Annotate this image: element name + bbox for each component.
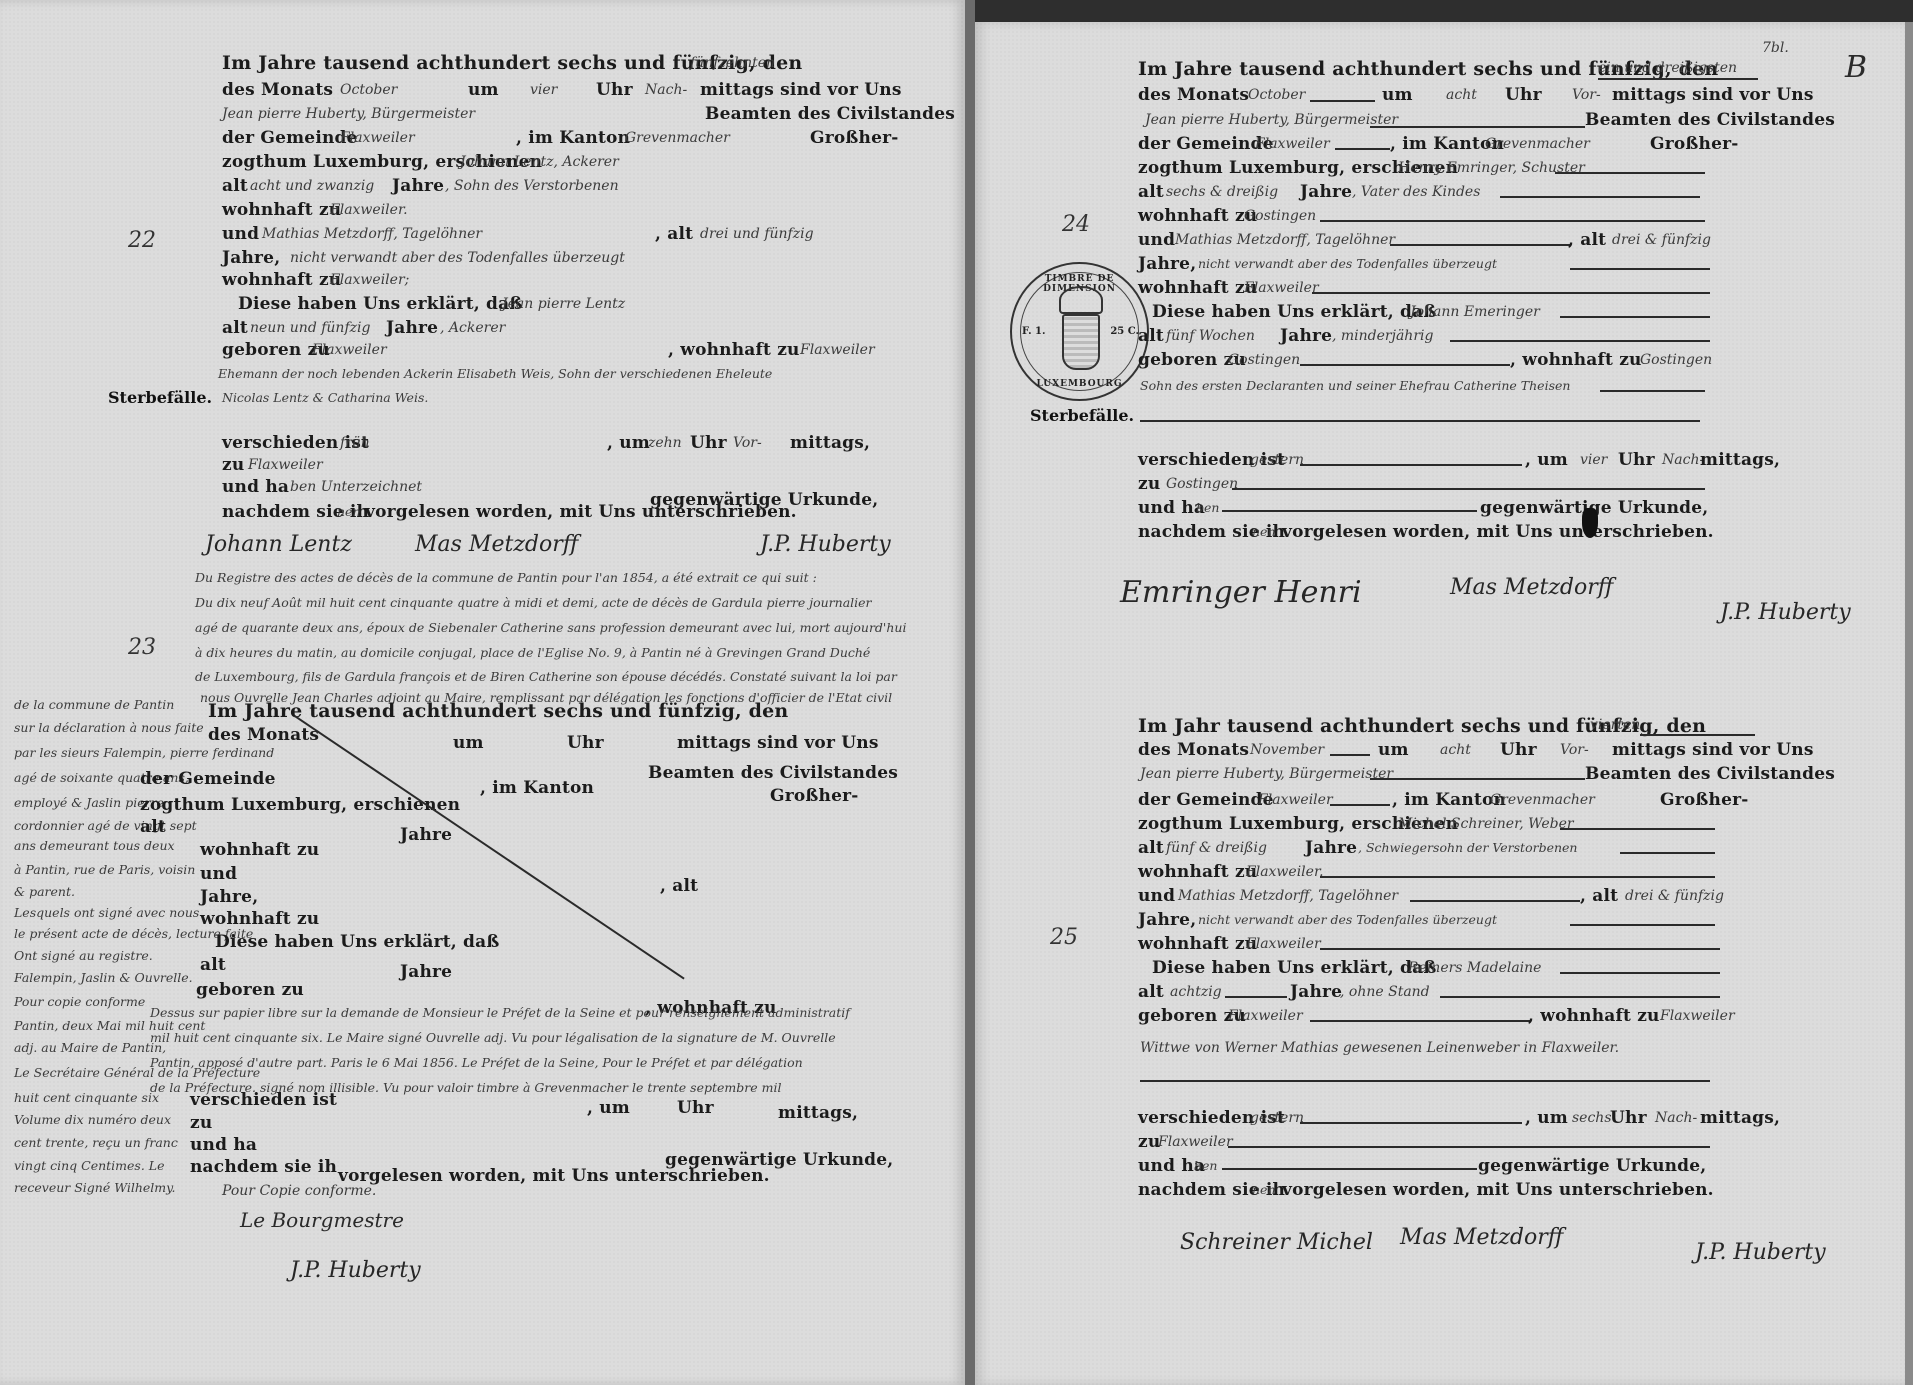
label-wohnhaft-comma: , wohnhaft zu	[1510, 350, 1642, 370]
entry-died-ampm: Vor-	[733, 435, 762, 451]
label-alt: alt	[222, 176, 248, 196]
fill-line	[1140, 420, 1700, 422]
label-zu: zu	[1138, 474, 1160, 494]
signature-2: Mas Metzdorff	[1400, 1225, 1563, 1250]
label-jahre-comma: Jahre,	[1138, 254, 1196, 274]
entry-signed-by: ben	[1194, 1158, 1217, 1173]
label-monat: des Monats	[208, 725, 319, 745]
entry-witness2-residence: Flaxweiler	[1244, 280, 1319, 296]
label-um: um	[1378, 740, 1409, 760]
entry-number: 22	[128, 228, 156, 253]
margin-note: cordonnier agé de vingt sept	[14, 818, 197, 833]
entry-remarks-1: Sohn des ersten Declaranten und seiner E…	[1140, 378, 1570, 393]
entry-number: 23	[128, 635, 156, 660]
label-zu: zu	[190, 1113, 212, 1133]
label-monat: des Monats	[222, 80, 333, 100]
label-alt-2: alt	[1138, 982, 1164, 1002]
entry-died-hour: sechs	[1572, 1110, 1612, 1126]
french-line-3: agé de quarante deux ans, époux de Siebe…	[195, 620, 906, 635]
entry-deceased-occupation: , Ackerer	[440, 320, 505, 336]
entry-witness1: Henry Emringer, Schuster	[1398, 160, 1585, 176]
entry-day: fünfzehnten	[690, 55, 775, 71]
fill-line	[1440, 996, 1720, 998]
entry-official: Jean pierre Huberty, Bürgermeister	[222, 106, 475, 122]
fill-line	[1300, 364, 1510, 366]
label-uhr: Uhr	[596, 80, 633, 100]
tax-stamp: TIMBRE DE DIMENSION F. 1. 25 C. LUXEMBOU…	[1010, 262, 1149, 401]
label-jahre: Jahre	[1305, 838, 1357, 858]
entry-died-hour: zehn	[648, 435, 682, 451]
entry-witness2-relation: nicht verwandt aber des Todenfalles über…	[1198, 912, 1497, 927]
label-gemeinde: der Gemeinde	[1138, 790, 1274, 810]
label-alt-comma: , alt	[1568, 230, 1606, 250]
label-grossher: Großher-	[1660, 790, 1749, 810]
label-urkunde: gegenwärtige Urkunde,	[1478, 1156, 1706, 1176]
entry-number: 24	[1062, 212, 1090, 237]
margin-note: de la commune de Pantin	[14, 697, 174, 712]
margin-note: cent trente, reçu un franc	[14, 1135, 178, 1150]
label-alt: alt	[1138, 182, 1164, 202]
label-mittags-comma: mittags,	[1700, 1108, 1780, 1128]
entry-witness1-age: fünf & dreißig	[1166, 840, 1267, 856]
entry-birthplace: Flaxweiler	[312, 342, 387, 358]
fill-line	[1410, 900, 1580, 902]
entry-commune: Flaxweiler	[1258, 792, 1333, 808]
label-jahre-2: Jahre	[1280, 326, 1332, 346]
entry-witness1-residence: Flaxweiler.	[1246, 864, 1324, 880]
margin-note: receveur Signé Wilhelmy.	[14, 1180, 176, 1195]
signature-2: Mas Metzdorff	[415, 532, 578, 557]
entry-died-place: Flaxweiler	[248, 457, 323, 473]
label-nachdem: nachdem sie ih	[190, 1157, 337, 1177]
entry-deceased-occupation: , ohne Stand	[1340, 984, 1430, 1000]
entry-witness1: Michel Schreiner, Weber	[1398, 816, 1574, 832]
fill-line	[1225, 996, 1287, 998]
entry-witness2-residence: Flaxweiler;	[330, 272, 409, 288]
entry-day: vierten	[1590, 717, 1640, 733]
entry-deceased-age: fünf Wochen	[1166, 328, 1255, 344]
label-wohnhaft-2: wohnhaft zu	[1138, 934, 1257, 954]
margin-note: Volume dix numéro deux	[14, 1112, 171, 1127]
entry-witness2-residence: Flaxweiler	[1246, 936, 1321, 952]
label-zu: zu	[222, 455, 244, 475]
label-wohnhaft: wohnhaft zu	[222, 200, 341, 220]
label-jahre: Jahre	[1300, 182, 1352, 202]
corner-mark: B	[1845, 50, 1867, 85]
margin-note: Pour copie conforme	[14, 994, 145, 1009]
entry-witness1-residence: Gostingen	[1244, 208, 1316, 224]
label-monat: des Monats	[1138, 85, 1249, 105]
entry-died-when: gestern	[1250, 1110, 1304, 1126]
label-und: und	[1138, 886, 1175, 906]
fill-line	[1228, 1146, 1710, 1148]
margin-note: par les sieurs Falempin, pierre ferdinan…	[14, 745, 274, 760]
label-uhr: Uhr	[567, 733, 604, 753]
label-wohnhaft: wohnhaft zu	[1138, 206, 1257, 226]
french-line-2: Du dix neuf Août mil huit cent cinquante…	[195, 595, 872, 610]
margin-note: Ont signé au registre.	[14, 948, 153, 963]
folio-mark: 7bl.	[1762, 40, 1789, 56]
signature-3: J.P. Huberty	[1720, 600, 1851, 625]
fill-line	[1300, 1122, 1522, 1124]
entry-day: ein und dreißigsten	[1598, 60, 1737, 76]
book-gutter	[965, 0, 975, 1385]
entry-signed-by: ben Unterzeichnet	[290, 479, 422, 495]
fill-line	[1500, 196, 1700, 198]
label-uhr-2: Uhr	[1618, 450, 1655, 470]
entry-birthplace: Flaxweiler	[1228, 1008, 1303, 1024]
label-mittags-comma: mittags,	[1700, 450, 1780, 470]
entry-witness1-age: sechs & dreißig	[1166, 184, 1278, 200]
signature-3: J.P. Huberty	[1695, 1240, 1826, 1265]
margin-note: huit cent cinquante six	[14, 1090, 159, 1105]
entry-witness1-relation: , Vater des Kindes	[1352, 184, 1480, 200]
fill-line	[1140, 1080, 1710, 1082]
label-erklaert: Diese haben Uns erklärt, daß	[1152, 958, 1436, 978]
fill-line	[1640, 734, 1755, 736]
label-kanton: , im Kanton	[516, 128, 630, 148]
label-wohnhaft-2: wohnhaft zu	[222, 270, 341, 290]
label-alt: alt	[1138, 838, 1164, 858]
fill-line	[1390, 244, 1570, 246]
margin-note: Falempin, Jaslin & Ouvrelle.	[14, 970, 193, 985]
label-gemeinde: der Gemeinde	[140, 769, 276, 789]
label-kanton: , im Kanton	[480, 778, 594, 798]
entry-official: Jean pierre Huberty, Bürgermeister	[1140, 766, 1393, 782]
label-mittags-2: mittags,	[778, 1103, 858, 1123]
label-alt: alt	[140, 817, 166, 837]
fill-line	[1370, 778, 1585, 780]
label-und-ha: und ha	[222, 477, 289, 497]
stamp-value-left: F. 1.	[1022, 326, 1046, 337]
form-line-year: Im Jahre tausend achthundert sechs und f…	[208, 700, 788, 722]
fill-line	[1335, 148, 1390, 150]
label-uhr: Uhr	[1500, 740, 1537, 760]
fill-line	[1310, 100, 1375, 102]
entry-deceased: Johann Emeringer	[1410, 304, 1540, 320]
label-alt-2: alt	[1138, 326, 1164, 346]
label-erklaert: Diese haben Uns erklärt, daß	[1152, 302, 1436, 322]
signature-2: Mas Metzdorff	[1450, 575, 1613, 600]
label-und: und	[1138, 230, 1175, 250]
label-mittags: mittags sind vor Uns	[1612, 740, 1814, 760]
lion-shield-icon	[1062, 314, 1100, 370]
entry-deceased-occupation: , minderjährig	[1332, 328, 1433, 344]
entry-witness1: Johann Lentz, Ackerer	[460, 154, 619, 170]
entry-witness2-relation: nicht verwandt aber des Todenfalles über…	[290, 250, 625, 266]
fill-line	[1320, 876, 1715, 878]
label-jahre: Jahre	[400, 825, 452, 845]
fill-line	[1560, 828, 1715, 830]
entry-deceased: Reiners Madelaine	[1408, 960, 1541, 976]
label-mittags: mittags sind vor Uns	[700, 80, 902, 100]
entry-residence: Flaxweiler	[800, 342, 875, 358]
entry-witness2: Mathias Metzdorff, Tagelöhner	[1175, 232, 1395, 248]
entry-died-hour: vier	[1580, 452, 1607, 468]
french-cont-3: Pantin, apposé d'autre part. Paris le 6 …	[150, 1055, 803, 1070]
margin-note: sur la déclaration à nous faite	[14, 720, 204, 735]
label-wohnhaft-2: wohnhaft zu	[1138, 278, 1257, 298]
french-line-4: à dix heures du matin, au domicile conju…	[195, 645, 870, 660]
entry-hour: vier	[530, 82, 557, 98]
label-jahre-comma: Jahre,	[200, 887, 258, 907]
entry-died-ampm: Nach-	[1662, 452, 1704, 468]
label-jahre-2: Jahre	[386, 318, 438, 338]
entry-residence: Flaxweiler	[1660, 1008, 1735, 1024]
entry-ih-suffix: nen	[1252, 524, 1276, 539]
entry-deceased: Jean pierre Lentz	[502, 296, 625, 312]
label-verschieden: verschieden ist	[190, 1090, 337, 1110]
label-mittags: mittags sind vor Uns	[1612, 85, 1814, 105]
entry-ampm: Vor-	[1572, 87, 1601, 103]
fill-line	[1600, 390, 1705, 392]
entry-number: 25	[1050, 925, 1078, 950]
label-wohnhaft-comma: , wohnhaft zu	[668, 340, 800, 360]
label-und: und	[200, 864, 237, 884]
margin-note: vingt cinq Centimes. Le	[14, 1158, 164, 1173]
french-cont-2: mil huit cent cinquante six. Le Maire si…	[150, 1030, 836, 1045]
label-alt-comma: , alt	[1580, 886, 1618, 906]
label-beamten: Beamten des Civilstandes	[648, 763, 898, 783]
crown-icon	[1059, 286, 1103, 314]
label-erklaert: Diese haben Uns erklärt, daß	[238, 294, 522, 314]
fill-line	[1320, 220, 1705, 222]
entry-hour: acht	[1446, 87, 1477, 103]
entry-died-when: gestern	[1250, 452, 1304, 468]
label-grossher: Großher-	[1650, 134, 1739, 154]
label-jahre-comma: Jahre,	[222, 248, 280, 268]
entry-ih-suffix: nen	[1252, 1182, 1276, 1197]
entry-commune: Flaxweiler	[1255, 136, 1330, 152]
label-uhr-2: Uhr	[677, 1098, 714, 1118]
label-erklaert: Diese haben Uns erklärt, daß	[215, 932, 499, 952]
margin-note: ans demeurant tous deux	[14, 838, 175, 853]
entry-birthplace: Gostingen	[1228, 352, 1300, 368]
label-monat: des Monats	[1138, 740, 1249, 760]
entry-died-place: Flaxweiler	[1158, 1134, 1233, 1150]
entry-remarks-1: Wittwe von Werner Mathias gewesenen Lein…	[1140, 1040, 1619, 1056]
signature-1: Johann Lentz	[205, 532, 352, 557]
label-gemeinde: der Gemeinde	[1138, 134, 1274, 154]
label-und-ha: und ha	[190, 1135, 257, 1155]
entry-witness1-relation: , Sohn des Verstorbenen	[445, 178, 619, 194]
section-heading: Sterbefälle.	[1030, 406, 1134, 425]
label-wohnhaft: wohnhaft zu	[1138, 862, 1257, 882]
label-alt-2: alt	[222, 318, 248, 338]
fill-line	[1570, 924, 1715, 926]
margin-note: & parent.	[14, 884, 75, 899]
entry-died-ampm: Nach-	[1655, 1110, 1697, 1126]
fill-line	[1320, 948, 1720, 950]
signature-mayor: J.P. Huberty	[290, 1258, 421, 1283]
entry-hour: acht	[1440, 742, 1471, 758]
certification-title: Le Bourgmestre	[240, 1208, 404, 1232]
fill-line	[1330, 804, 1390, 806]
certification-copy: Pour Copie conforme.	[222, 1183, 376, 1199]
fill-line	[1222, 510, 1477, 512]
label-vorgelesen: vorgelesen worden, mit Uns unterschriebe…	[338, 1166, 770, 1186]
label-uhr-2: Uhr	[690, 433, 727, 453]
entry-witness2-relation: nicht verwandt aber des Todenfalles über…	[1198, 256, 1497, 271]
fill-line	[1620, 852, 1715, 854]
entry-witness1-age: acht und zwanzig	[250, 178, 374, 194]
label-wohnhaft-2: wohnhaft zu	[200, 909, 319, 929]
label-um-comma: , um	[587, 1098, 630, 1118]
label-vorgelesen: vorgelesen worden, mit Uns unterschriebe…	[1282, 1180, 1714, 1200]
label-beamten: Beamten des Civilstandes	[1585, 764, 1835, 784]
label-mittags-comma: mittags,	[790, 433, 870, 453]
stamp-value-right: 25 C.	[1110, 326, 1139, 337]
fill-line	[1330, 754, 1370, 756]
label-jahre-comma: Jahre,	[1138, 910, 1196, 930]
label-geboren: geboren zu	[196, 980, 304, 1000]
entry-remarks-1: Ehemann der noch lebenden Ackerin Elisab…	[218, 366, 772, 381]
label-gemeinde: der Gemeinde	[222, 128, 358, 148]
label-alt-2: alt	[200, 955, 226, 975]
entry-died-place: Gostingen	[1166, 476, 1238, 492]
french-cont-1: Dessus sur papier libre sur la demande d…	[150, 1005, 850, 1020]
margin-note: adj. au Maire de Pantin,	[14, 1040, 166, 1055]
label-beamten: Beamten des Civilstandes	[1585, 110, 1835, 130]
entry-deceased-age: neun und fünfzig	[250, 320, 370, 336]
entry-month: October	[340, 82, 397, 98]
entry-deceased-age: achtzig	[1170, 984, 1222, 1000]
entry-witness1-residence: Flaxweiler.	[330, 202, 408, 218]
entry-witness1-relation: , Schwiegersohn der Verstorbenen	[1358, 840, 1577, 855]
french-line-1: Du Registre des actes de décès de la com…	[195, 570, 817, 585]
fill-line	[1560, 972, 1720, 974]
label-um: um	[468, 80, 499, 100]
fill-line	[1232, 488, 1705, 490]
entry-ampm: Vor-	[1560, 742, 1589, 758]
entry-canton: Grevenmacher	[625, 130, 730, 146]
margin-note: à Pantin, rue de Paris, voisin	[14, 862, 195, 877]
label-jahre-2: Jahre	[400, 962, 452, 982]
entry-died-when: früh	[340, 435, 370, 451]
page-edge	[1905, 22, 1913, 1385]
signature-1: Emringer Henri	[1120, 575, 1362, 610]
label-um-comma: , um	[1525, 1108, 1568, 1128]
label-vorgelesen: vorgelesen worden, mit Uns unterschriebe…	[365, 502, 797, 522]
fill-line	[1310, 1020, 1530, 1022]
fill-line	[1560, 316, 1710, 318]
fill-line	[1222, 1168, 1477, 1170]
entry-witness2: Mathias Metzdorff, Tagelöhner	[1178, 888, 1398, 904]
label-alt-comma: , alt	[660, 876, 698, 896]
entry-month: November	[1250, 742, 1324, 758]
entry-witness2-age: drei & fünfzig	[1625, 888, 1724, 904]
label-wohnhaft-comma: , wohnhaft zu	[1528, 1006, 1660, 1026]
label-jahre-2: Jahre	[1290, 982, 1342, 1002]
label-zogthum: zogthum Luxemburg, erschienen	[140, 795, 460, 815]
entry-remarks-2: Nicolas Lentz & Catharina Weis.	[222, 390, 428, 405]
entry-witness2-age: drei und fünfzig	[700, 226, 814, 242]
label-grossher: Großher-	[810, 128, 899, 148]
stamp-bottom-text: LUXEMBOURG	[1012, 379, 1147, 389]
fill-line	[1300, 464, 1522, 466]
label-uhr-2: Uhr	[1610, 1108, 1647, 1128]
label-vorgelesen: vorgelesen worden, mit Uns unterschriebe…	[1282, 522, 1714, 542]
margin-note: Lesquels ont signé avec nous	[14, 905, 199, 920]
label-um-comma: , um	[607, 433, 650, 453]
label-um: um	[1382, 85, 1413, 105]
signature-3: J.P. Huberty	[760, 532, 891, 557]
label-kanton: , im Kanton	[1392, 790, 1506, 810]
entry-witness2: Mathias Metzdorff, Tagelöhner	[262, 226, 482, 242]
fill-line	[1370, 126, 1585, 128]
entry-official: Jean pierre Huberty, Bürgermeister	[1145, 112, 1398, 128]
label-grossher: Großher-	[770, 786, 859, 806]
label-jahre: Jahre	[392, 176, 444, 196]
ink-blot	[1582, 508, 1598, 538]
fill-line	[1450, 340, 1710, 342]
entry-canton: Grevenmacher	[1485, 136, 1590, 152]
entry-month: October	[1248, 87, 1305, 103]
label-beamten: Beamten des Civilstandes	[705, 104, 955, 124]
label-alt-comma: , alt	[655, 224, 693, 244]
label-und: und	[222, 224, 259, 244]
fill-line	[1570, 268, 1710, 270]
label-uhr: Uhr	[1505, 85, 1542, 105]
french-line-5: de Luxembourg, fils de Gardula françois …	[195, 669, 897, 684]
fill-line	[1555, 172, 1705, 174]
entry-ampm: Nach-	[645, 82, 687, 98]
label-wohnhaft: wohnhaft zu	[200, 840, 319, 860]
fill-line	[1312, 292, 1710, 294]
entry-commune: Flaxweiler	[340, 130, 415, 146]
entry-canton: Grevenmacher	[1490, 792, 1595, 808]
label-mittags: mittags sind vor Uns	[677, 733, 879, 753]
fill-line	[1598, 78, 1758, 80]
section-heading: Sterbefälle.	[108, 388, 212, 407]
entry-witness2-age: drei & fünfzig	[1612, 232, 1711, 248]
entry-ih-suffix: nen	[337, 504, 361, 519]
entry-signed-by: ben	[1196, 500, 1219, 515]
label-um-comma: , um	[1525, 450, 1568, 470]
label-um: um	[453, 733, 484, 753]
entry-residence: Gostingen	[1640, 352, 1712, 368]
signature-1: Schreiner Michel	[1180, 1230, 1373, 1255]
